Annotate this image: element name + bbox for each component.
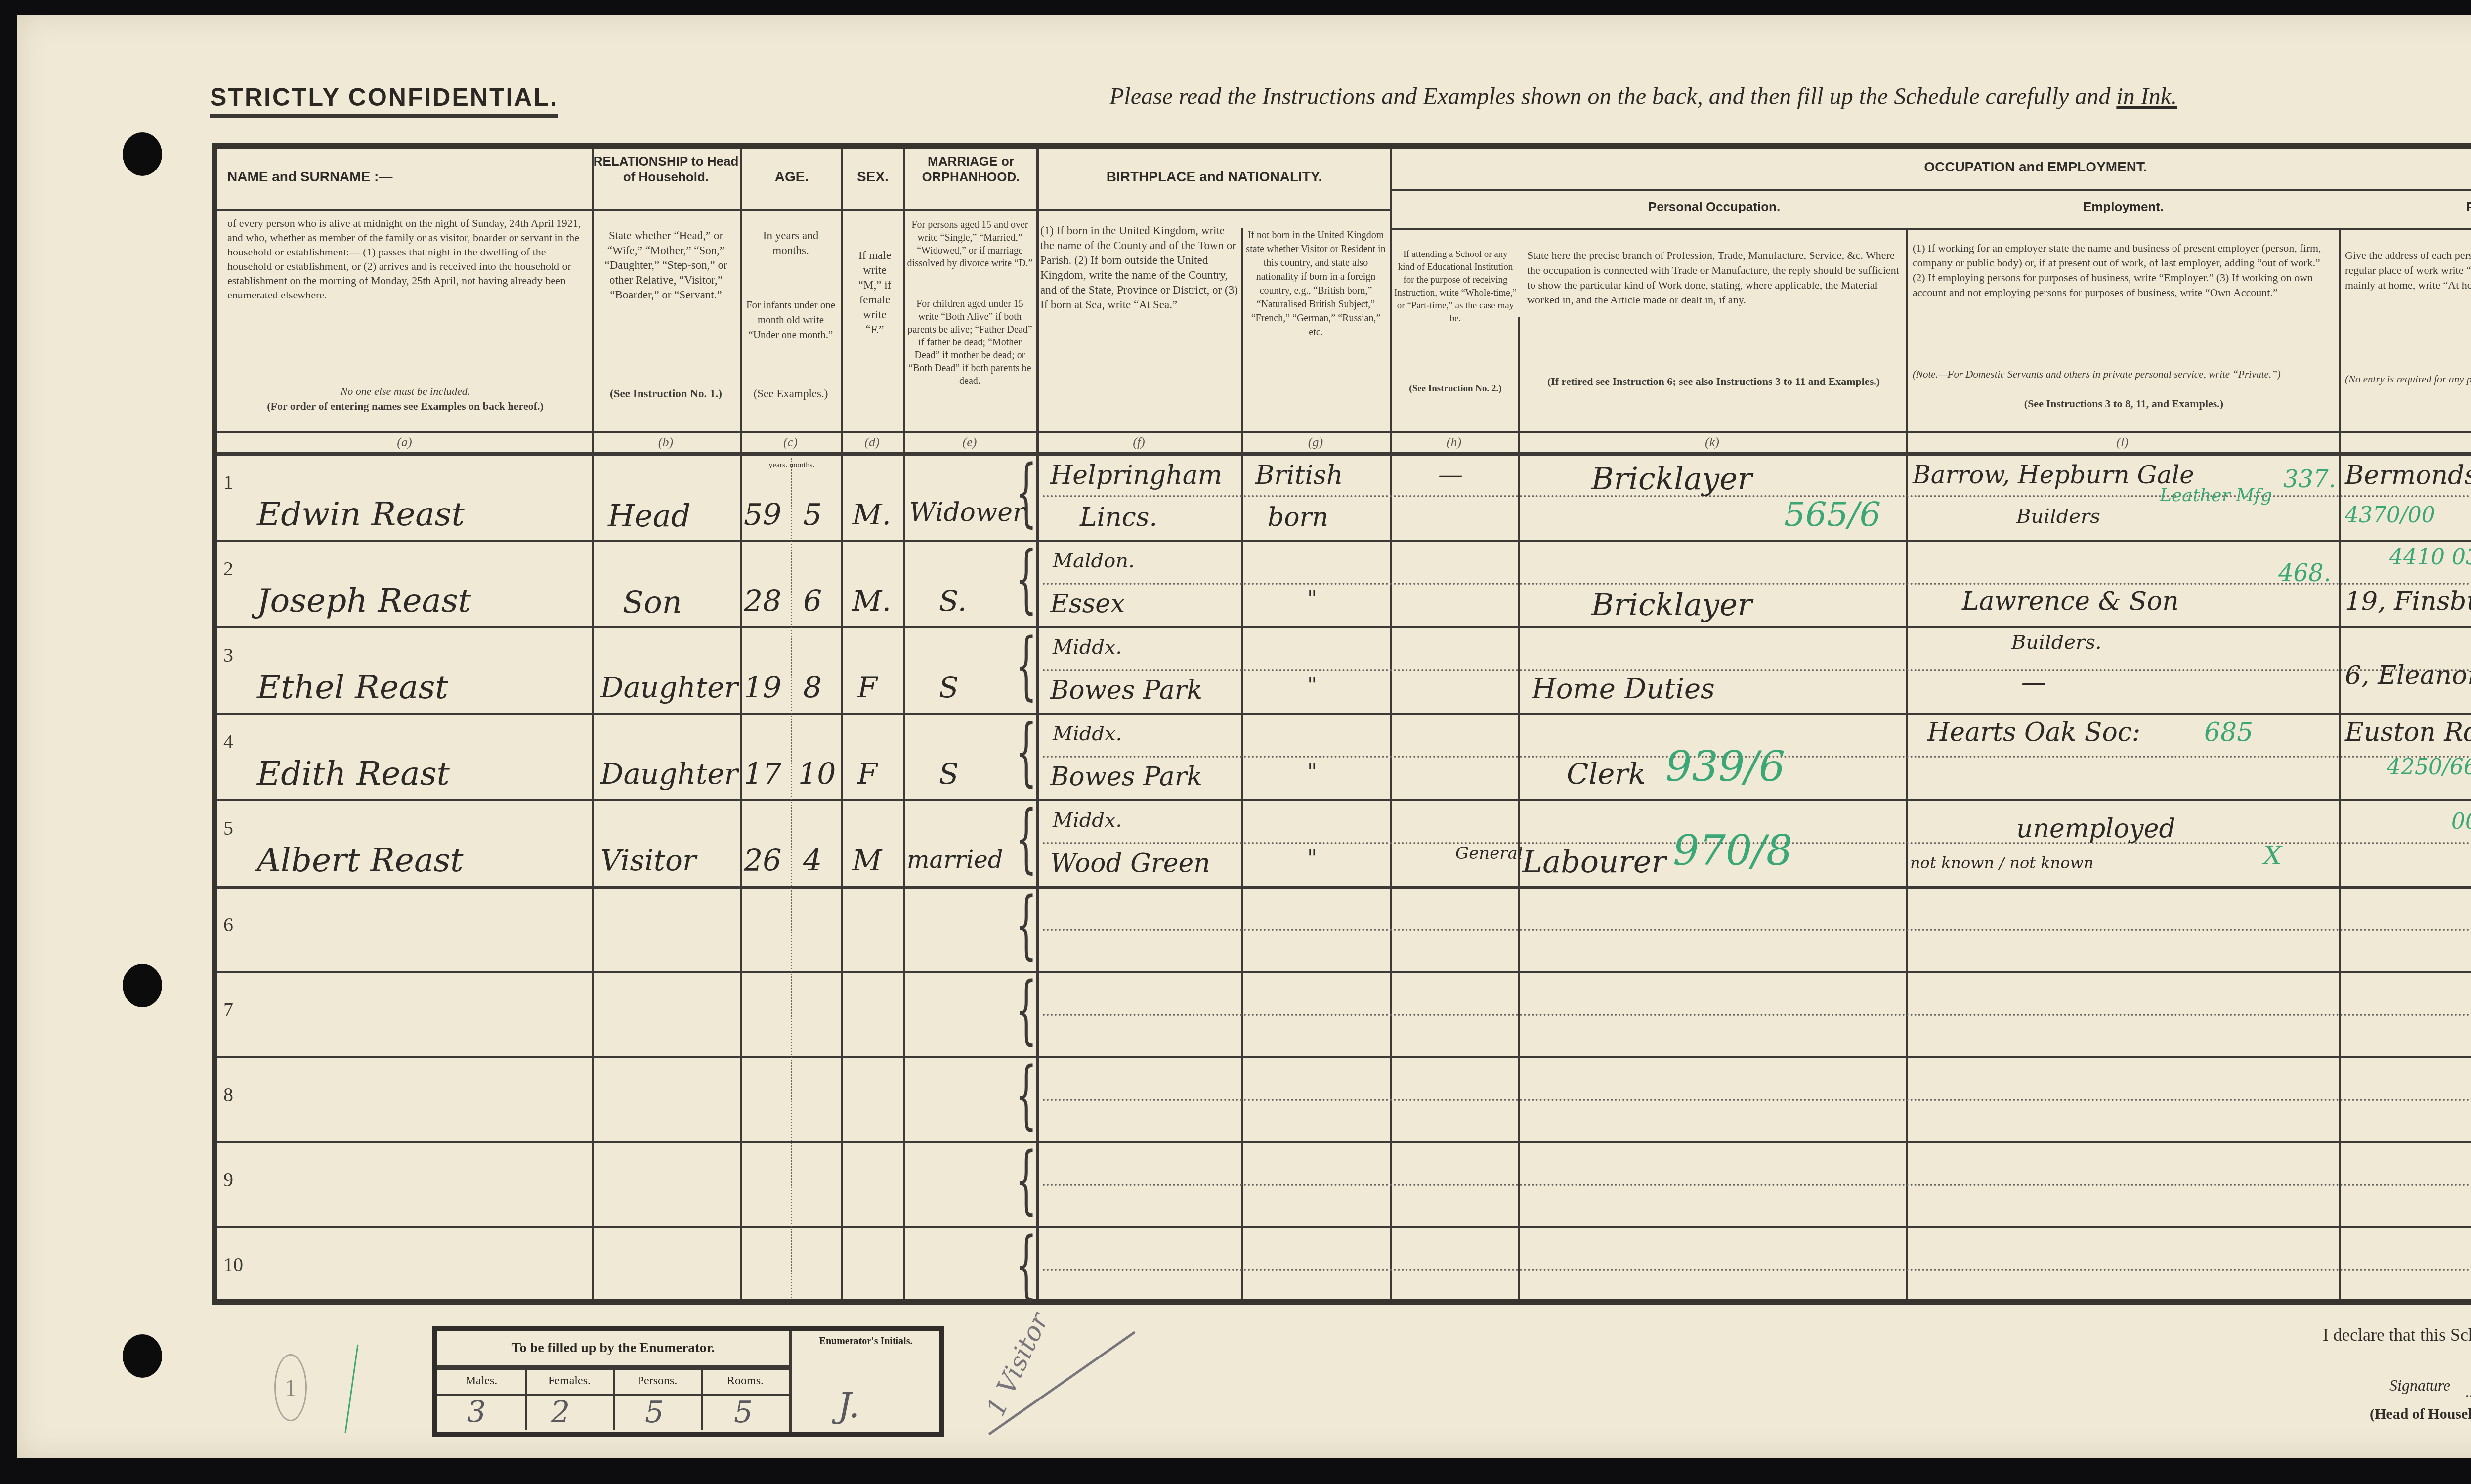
age-months[interactable]: 10 — [798, 757, 836, 792]
workplace-code: 4410 03. — [2389, 545, 2471, 570]
personal-occupation-note: (If retired see Instruction 6; see also … — [1527, 374, 1900, 389]
sex-value[interactable]: M. — [852, 584, 891, 618]
mid-row-rule — [1043, 1184, 2471, 1186]
header-rule — [1390, 228, 2471, 230]
nationality-value[interactable]: " — [1307, 673, 1317, 698]
col-letter-g: (g) — [1241, 435, 1390, 450]
workplace-value[interactable]: 6, Eleanor Rd. — [2345, 661, 2471, 690]
row-rule — [217, 1141, 2471, 1143]
birthplace-county[interactable]: Essex — [1050, 589, 1125, 619]
industry-code: 685 — [2204, 718, 2253, 747]
nationality-value[interactable]: British — [1255, 461, 1343, 490]
census-table: NAME and SURNAME :— RELATIONSHIP to Head… — [212, 143, 2471, 1305]
row-number: 8 — [223, 1083, 233, 1106]
header-rule — [217, 431, 2471, 433]
col-title-birthplace: BIRTHPLACE and NATIONALITY. — [1039, 169, 1390, 185]
col-divider — [740, 149, 742, 1299]
workplace-value[interactable]: 19, Finsbury Sq. — [2345, 587, 2471, 616]
workplace-code: 4370/00 — [2345, 503, 2435, 528]
brace: { — [1016, 973, 1037, 1047]
males-value[interactable]: 3 — [467, 1395, 486, 1430]
row-rule — [217, 1226, 2471, 1228]
marriage-value[interactable]: S. — [939, 584, 967, 618]
brace: { — [1016, 1058, 1037, 1132]
declaration-text: I declare that this Schedule is correctl… — [2323, 1324, 2471, 1345]
row-rule — [217, 713, 2471, 715]
birthplace-county[interactable]: Bowes Park — [1050, 762, 1202, 792]
birthplace-county[interactable]: Lincs. — [1080, 503, 1157, 532]
name-order-note: (For order of entering names see Example… — [227, 399, 583, 414]
occupation-prefix[interactable]: General — [1455, 844, 1523, 863]
person-name[interactable]: Albert Reast — [257, 841, 464, 879]
signature-label: Signature — [2389, 1376, 2450, 1395]
mid-row-rule — [1043, 929, 2471, 931]
mid-row-rule — [1043, 1269, 2471, 1271]
workplace-code: 4250/66 — [2387, 755, 2471, 780]
signature-note: (Head of Household, Manager of Establish… — [2370, 1406, 2471, 1423]
col-letter-h: (h) — [1390, 435, 1518, 450]
occupation-code: 565/6 — [1784, 495, 1881, 534]
header-rule — [217, 452, 2471, 456]
row-number: 2 — [223, 557, 233, 580]
employer-business[interactable]: Builders. — [2011, 631, 2101, 654]
marriage-instructions: For persons aged 15 and over write “Sing… — [907, 218, 1033, 270]
col-divider — [1390, 149, 1392, 1299]
occupation-value[interactable]: Bricklayer — [1591, 461, 1752, 497]
age-years-months-divider — [791, 458, 792, 1298]
punch-hole — [123, 132, 162, 176]
relationship-instructions: State whether “Head,” or “Wife,” “Mother… — [596, 228, 736, 302]
enumerator-totals-title: To be filled up by the Enumerator. — [437, 1331, 789, 1370]
col-title-employment: Employment. — [1908, 199, 2339, 214]
name-note: No one else must be included. — [227, 384, 583, 399]
females-label: Females. — [525, 1374, 613, 1388]
nationality-value[interactable]: born — [1268, 503, 1328, 532]
brace: { — [1016, 888, 1037, 962]
employment-domestic-note: (Note.—For Domestic Servants and others … — [1913, 367, 2335, 382]
brace: { — [1016, 1228, 1037, 1302]
row-number: 10 — [223, 1253, 243, 1276]
relationship-value[interactable]: Daughter — [600, 671, 738, 704]
row-rule — [217, 799, 2471, 801]
brace: { — [1016, 629, 1037, 703]
row-number: 7 — [223, 998, 233, 1021]
age-months[interactable]: 4 — [803, 844, 822, 878]
name-instructions: of every person who is alive at midnight… — [227, 216, 583, 302]
relationship-value[interactable]: Visitor — [600, 844, 696, 877]
person-name[interactable]: Joseph Reast — [257, 582, 471, 620]
school-note: (See Instruction No. 2.) — [1394, 382, 1517, 396]
age-infant-note: For infants under one month old write “U… — [744, 297, 838, 342]
person-name[interactable]: Edwin Reast — [257, 495, 465, 533]
marriage-value[interactable]: S — [939, 671, 959, 704]
industry-code: X — [2263, 841, 2282, 871]
instruction-line: Please read the Instructions and Example… — [1109, 83, 2177, 110]
enumerator-initials-label: Enumerator's Initials. — [792, 1336, 940, 1347]
employer-value[interactable]: Barrow, Hepburn Gale — [1913, 461, 2194, 489]
occupation-value[interactable]: Bricklayer — [1591, 587, 1752, 623]
punch-hole — [123, 964, 162, 1007]
occupation-value[interactable]: Home Duties — [1532, 673, 1715, 705]
age-note: (See Examples.) — [744, 386, 838, 401]
birthplace-town[interactable]: Middx. — [1053, 809, 1122, 832]
age-years[interactable]: 28 — [744, 584, 781, 619]
sex-instructions: If male write “M,” if female write “F.” — [855, 248, 895, 337]
birthplace-county[interactable]: Bowes Park — [1050, 676, 1202, 705]
row-rule — [217, 886, 2471, 889]
age-months[interactable]: 8 — [803, 671, 822, 705]
marriage-children-note: For children aged under 15 write “Both A… — [907, 297, 1033, 387]
col-divider — [903, 149, 905, 1299]
occupation-value[interactable]: Clerk — [1567, 757, 1646, 791]
mid-row-rule — [1043, 669, 2471, 671]
col-divider — [841, 149, 843, 1299]
marriage-value[interactable]: S — [939, 757, 959, 791]
enumerator-initials-value[interactable]: J. — [838, 1385, 860, 1426]
signature-line — [2466, 1395, 2471, 1397]
place-of-work-instructions: Give the address of each person’s place … — [2345, 248, 2471, 293]
age-years[interactable]: 19 — [744, 671, 781, 705]
row-rule — [217, 1056, 2471, 1058]
col-letter-a: (a) — [217, 435, 592, 450]
col-divider — [2339, 228, 2341, 1299]
brace: { — [1016, 715, 1037, 789]
nationality-value[interactable]: " — [1307, 587, 1317, 612]
sex-value[interactable]: F — [857, 757, 877, 791]
header-rule — [217, 209, 1036, 211]
row-rule — [217, 626, 2471, 628]
row-number: 5 — [223, 816, 233, 840]
punch-hole — [123, 1334, 162, 1378]
row-number: 4 — [223, 730, 233, 753]
birthplace-town[interactable]: Maldon. — [1053, 550, 1135, 572]
age-months[interactable]: 5 — [803, 498, 822, 532]
employment-instructions: (1) If working for an employer state the… — [1913, 241, 2335, 300]
col-title-marriage: MARRIAGE or ORPHANHOOD. — [905, 153, 1036, 185]
occupation-value[interactable]: Labourer — [1522, 844, 1666, 880]
header-rule — [1036, 209, 1390, 211]
relationship-value[interactable]: Daughter — [600, 757, 738, 791]
row-rule — [217, 971, 2471, 973]
row-rule — [217, 540, 2471, 542]
col-title-personal-occupation: Personal Occupation. — [1522, 199, 1906, 214]
circled-mark: 1 — [274, 1354, 307, 1421]
mid-row-rule — [1043, 583, 2471, 585]
workplace-code: 00+ — [2451, 809, 2471, 834]
row-number: 9 — [223, 1168, 233, 1191]
males-label: Males. — [437, 1374, 525, 1388]
personal-occupation-instructions: State here the precise branch of Profess… — [1527, 248, 1900, 307]
birthplace-town[interactable]: Middx. — [1053, 636, 1122, 659]
brace: { — [1016, 1143, 1037, 1217]
row-number: 3 — [223, 643, 233, 667]
relationship-value[interactable]: Son — [623, 584, 682, 620]
col-letter-e: (e) — [903, 435, 1036, 450]
mid-row-rule — [1043, 1099, 2471, 1101]
header-rule — [1390, 189, 2471, 191]
col-letter-d: (d) — [841, 435, 903, 450]
persons-label: Persons. — [613, 1374, 701, 1388]
industry-code: 468. — [2278, 559, 2331, 587]
place-of-work-note: (No entry is required for any person who… — [2345, 372, 2471, 386]
industry-code: 337. — [2283, 466, 2336, 493]
marriage-value[interactable]: married — [907, 846, 1003, 874]
industry-note: Leather Mfg — [2160, 485, 2272, 506]
row-number: 1 — [223, 470, 233, 494]
rooms-label: Rooms. — [701, 1374, 789, 1388]
age-years[interactable]: 17 — [744, 757, 781, 792]
relationship-value[interactable]: Head — [608, 498, 690, 534]
employer-business[interactable]: not known / not known — [1910, 853, 2093, 872]
col-letter-m: (m) — [2339, 435, 2471, 450]
employer-business[interactable]: Builders — [2016, 505, 2100, 528]
row-number: 6 — [223, 913, 233, 936]
birthplace-county[interactable]: Wood Green — [1050, 848, 1210, 878]
col-title-occupation: OCCUPATION and EMPLOYMENT. — [1392, 159, 2471, 175]
relationship-note: (See Instruction No. 1.) — [596, 386, 736, 401]
nationality-instructions: If not born in the United Kingdom state … — [1245, 228, 1386, 339]
employer-value[interactable]: — — [2021, 668, 2046, 697]
age-instructions: In years and months. — [744, 228, 838, 258]
rooms-value[interactable]: 5 — [734, 1395, 753, 1430]
occupation-code: 970/8 — [1673, 826, 1792, 875]
col-divider — [1906, 228, 1908, 1299]
workplace-value[interactable]: Euston Rd. — [2345, 718, 2471, 747]
workplace-value[interactable]: Bermondsey St. — [2345, 461, 2471, 490]
mid-row-rule — [1043, 1014, 2471, 1016]
brace: { — [1016, 802, 1037, 876]
employment-note: (See Instructions 3 to 8, 11, and Exampl… — [1913, 396, 2335, 411]
col-divider — [1241, 228, 1243, 1299]
sex-value[interactable]: F — [857, 671, 877, 704]
nationality-value[interactable]: " — [1307, 760, 1317, 785]
col-letter-b: (b) — [592, 435, 740, 450]
occupation-code: 939/6 — [1665, 742, 1785, 791]
school-instructions: If attending a School or any kind of Edu… — [1394, 248, 1517, 325]
col-title-place-of-work: Place of Work. — [2341, 199, 2471, 214]
col-letter-f: (f) — [1036, 435, 1241, 450]
age-months[interactable]: 6 — [803, 584, 822, 619]
col-title-name: NAME and SURNAME :— — [227, 169, 425, 185]
marriage-value[interactable]: Widower — [909, 498, 1025, 527]
persons-value[interactable]: 5 — [645, 1395, 664, 1430]
col-letter-c: (c) — [740, 435, 841, 450]
col-divider — [592, 149, 594, 1299]
birthplace-instructions: (1) If born in the United Kingdom, write… — [1040, 223, 1238, 312]
brace: { — [1016, 542, 1037, 616]
col-divider — [1518, 317, 1520, 1299]
employer-value[interactable]: Hearts Oak Soc: — [1927, 718, 2140, 747]
employer-value[interactable]: unemployed — [2016, 814, 2175, 844]
age-years[interactable]: 26 — [744, 844, 781, 878]
nationality-value[interactable]: " — [1307, 846, 1317, 871]
confidential-title: STRICTLY CONFIDENTIAL. — [210, 83, 558, 118]
school-value[interactable]: — — [1438, 461, 1463, 489]
females-value[interactable]: 2 — [551, 1395, 570, 1430]
sex-value[interactable]: M — [852, 844, 882, 877]
birthplace-town[interactable]: Helpringham — [1050, 461, 1222, 490]
age-years[interactable]: 59 — [744, 498, 781, 532]
person-name[interactable]: Ethel Reast — [257, 668, 448, 706]
col-letter-k: (k) — [1518, 435, 1906, 450]
birthplace-town[interactable]: Middx. — [1053, 722, 1122, 745]
col-title-sex: SEX. — [843, 169, 902, 185]
col-title-relationship: RELATIONSHIP to Head of Household. — [593, 153, 739, 185]
person-name[interactable]: Edith Reast — [257, 755, 450, 793]
enumerator-totals-box: To be filled up by the Enumerator. Enume… — [432, 1326, 944, 1437]
sex-value[interactable]: M. — [852, 498, 891, 531]
employer-value[interactable]: Lawrence & Son — [1962, 587, 2179, 616]
col-letter-l: (l) — [1906, 435, 2339, 450]
col-title-age: AGE. — [742, 169, 841, 185]
